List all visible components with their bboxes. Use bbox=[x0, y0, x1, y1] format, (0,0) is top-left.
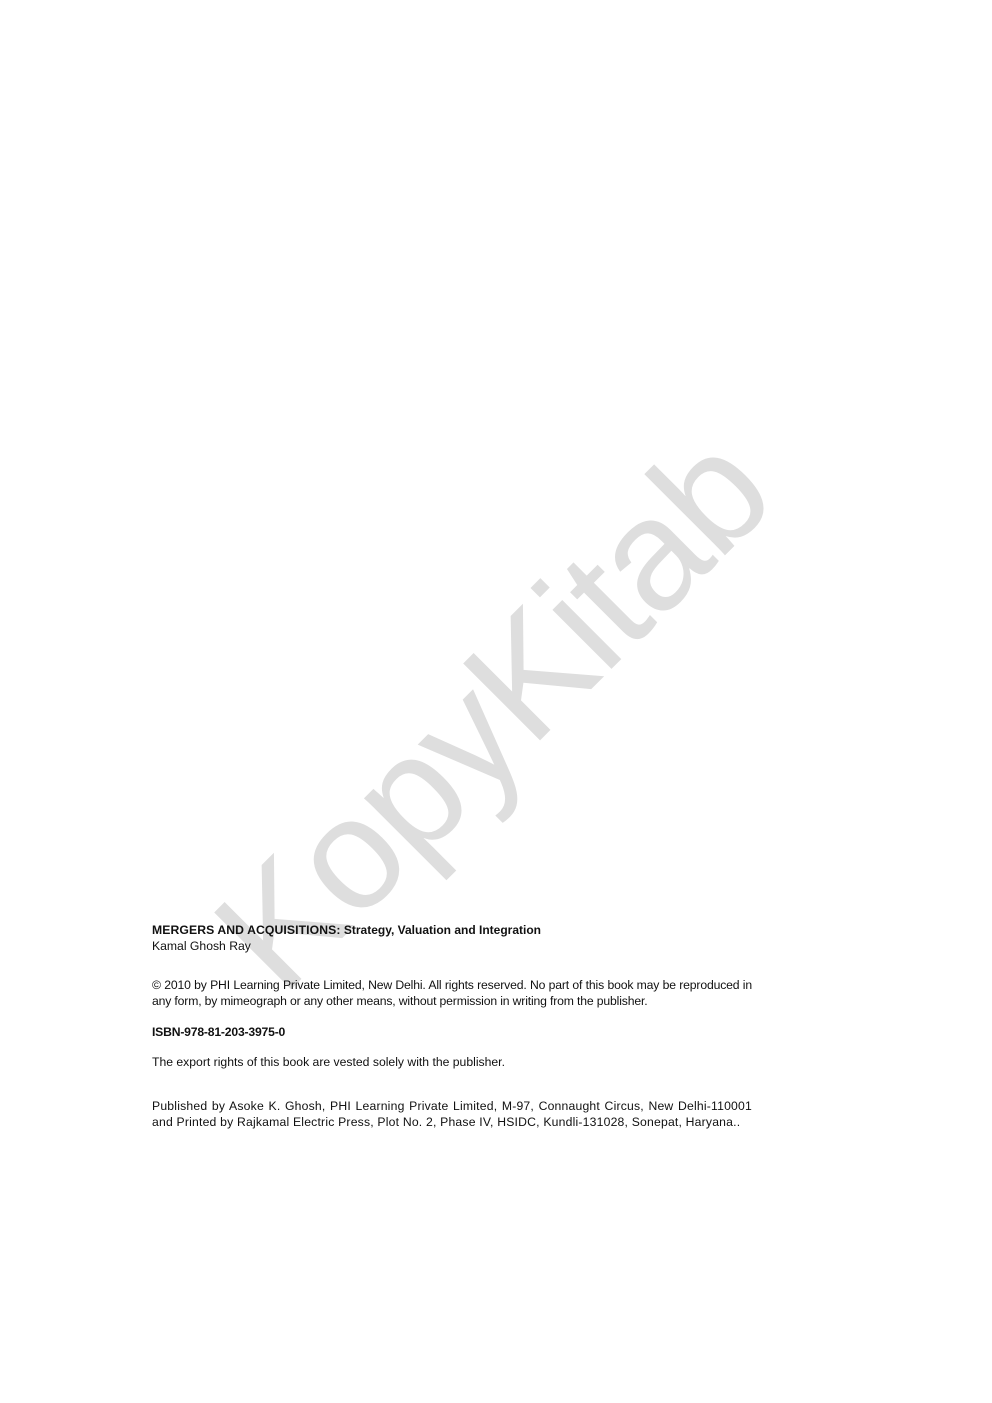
export-rights-notice: The export rights of this book are veste… bbox=[152, 1055, 752, 1071]
isbn: ISBN-978-81-203-3975-0 bbox=[152, 1025, 752, 1041]
book-title-main: MERGERS AND ACQUISITIONS: bbox=[152, 923, 340, 937]
copyright-notice: © 2010 by PHI Learning Private Limited, … bbox=[152, 978, 752, 1009]
book-title-subtitle: Strategy, Valuation and Integration bbox=[344, 923, 541, 937]
imprint-block: MERGERS AND ACQUISITIONS: Strategy, Valu… bbox=[152, 923, 752, 1130]
book-author: Kamal Ghosh Ray bbox=[152, 939, 752, 955]
book-title: MERGERS AND ACQUISITIONS: Strategy, Valu… bbox=[152, 923, 752, 939]
publisher-info: Published by Asoke K. Ghosh, PHI Learnin… bbox=[152, 1099, 752, 1130]
